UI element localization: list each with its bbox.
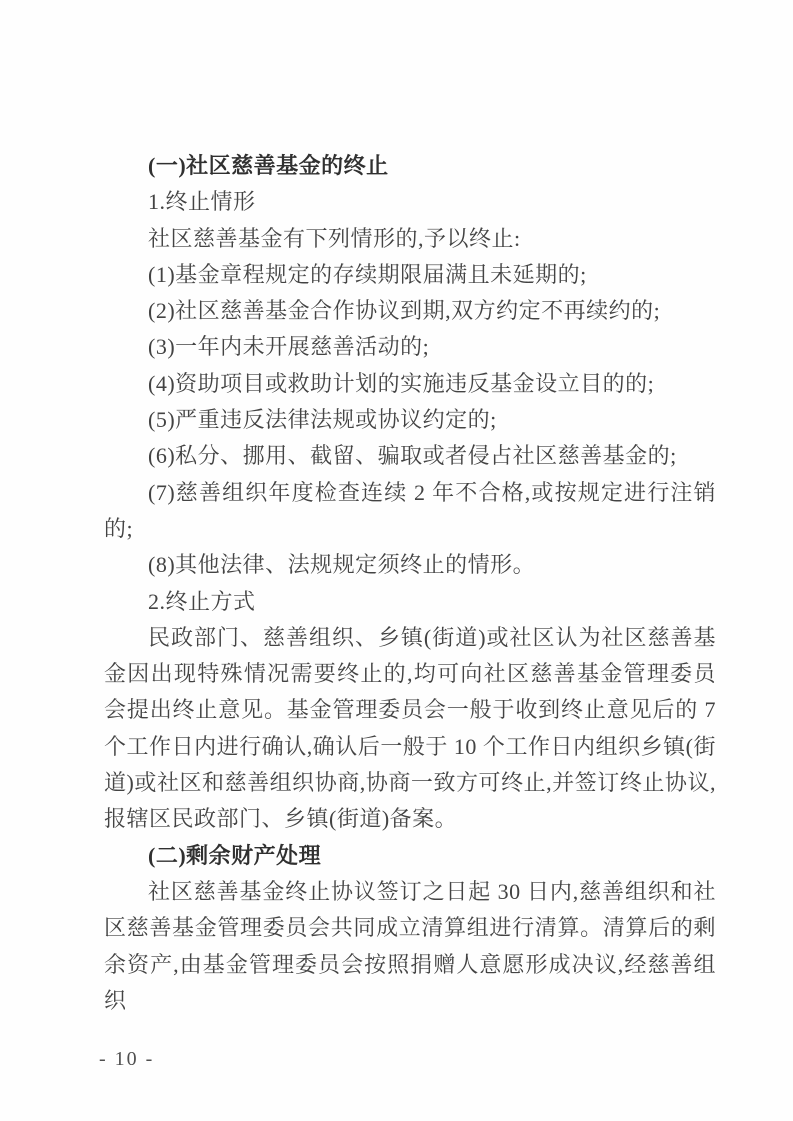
list-item-4: (4)资助项目或救助计划的实施违反基金设立目的的;	[104, 366, 716, 402]
section-heading-2: (二)剩余财产处理	[104, 838, 716, 874]
paragraph-remaining-assets: 社区慈善基金终止协议签订之日起 30 日内,慈善组织和社区慈善基金管理委员会共同…	[104, 874, 716, 1019]
paragraph-termination-method: 民政部门、慈善组织、乡镇(街道)或社区认为社区慈善基金因出现特殊情况需要终止的,…	[104, 620, 716, 838]
section-heading-1: (一)社区慈善基金的终止	[104, 148, 716, 184]
list-item-7: (7)慈善组织年度检查连续 2 年不合格,或按规定进行注销的;	[104, 475, 716, 548]
list-item-6: (6)私分、挪用、截留、骗取或者侵占社区慈善基金的;	[104, 438, 716, 474]
list-item-2: (2)社区慈善基金合作协议到期,双方约定不再续约的;	[104, 293, 716, 329]
subsection-title-termination-method: 2.终止方式	[104, 584, 716, 620]
document-page: (一)社区慈善基金的终止 1.终止情形 社区慈善基金有下列情形的,予以终止: (…	[0, 0, 793, 1121]
list-item-1: (1)基金章程规定的存续期限届满且未延期的;	[104, 257, 716, 293]
subsection-title-termination-situations: 1.终止情形	[104, 184, 716, 220]
list-item-3: (3)一年内未开展慈善活动的;	[104, 329, 716, 365]
paragraph-intro: 社区慈善基金有下列情形的,予以终止:	[104, 221, 716, 257]
page-number: - 10 -	[99, 1048, 154, 1071]
list-item-8: (8)其他法律、法规规定须终止的情形。	[104, 547, 716, 583]
list-item-5: (5)严重违反法律法规或协议约定的;	[104, 402, 716, 438]
document-text-block: (一)社区慈善基金的终止 1.终止情形 社区慈善基金有下列情形的,予以终止: (…	[104, 148, 716, 1019]
